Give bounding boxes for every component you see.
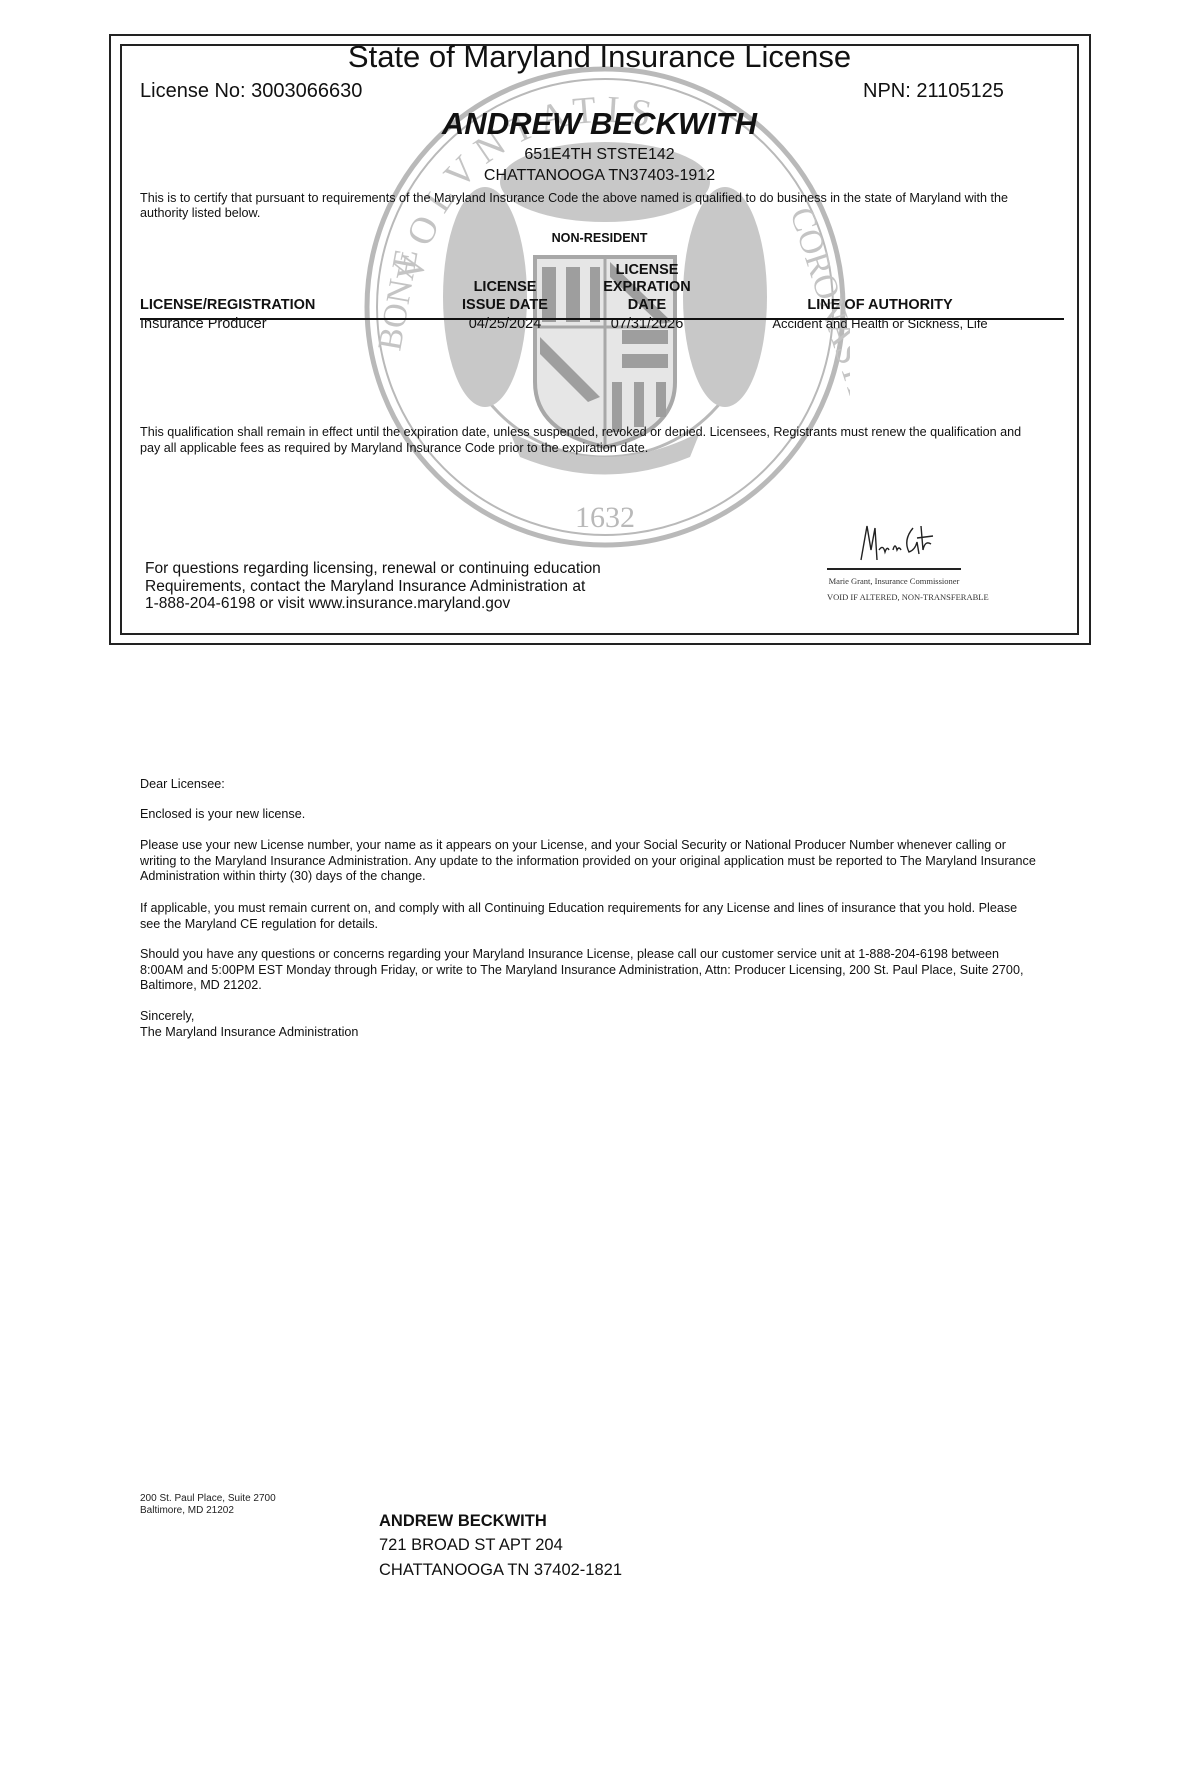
license-title: State of Maryland Insurance License [120, 38, 1079, 76]
letter-paragraph: Should you have any questions or concern… [140, 947, 1040, 994]
cell-expiration-date: 07/31/2026 [582, 316, 712, 332]
return-address-line2: Baltimore, MD 21202 [140, 1505, 234, 1517]
letter-paragraph: Enclosed is your new license. [140, 807, 1040, 823]
header-license-registration: LICENSE/REGISTRATION [140, 297, 315, 315]
header-line-of-authority: LINE OF AUTHORITY [780, 297, 980, 315]
letter-closing: Sincerely, [140, 1009, 1040, 1025]
void-notice: VOID IF ALTERED, NON-TRANSFERABLE [827, 592, 961, 602]
letter-salutation: Dear Licensee: [140, 777, 1040, 793]
contact-info: For questions regarding licensing, renew… [145, 560, 601, 613]
return-address-line1: 200 St. Paul Place, Suite 2700 [140, 1493, 276, 1505]
licensee-name: ANDREW BECKWITH [120, 106, 1079, 142]
recipient-name: ANDREW BECKWITH [379, 1509, 547, 1533]
certification-statement: This is to certify that pursuant to requ… [140, 191, 1040, 221]
residency-status: NON-RESIDENT [120, 231, 1079, 245]
header-issue-date-line1: LICENSE [445, 279, 565, 297]
cell-line-of-authority: Accident and Health or Sickness, Life [740, 316, 1020, 332]
header-expiration-line2: EXPIRATION [582, 279, 712, 297]
licensee-address-line1: 651E4TH STSTE142 [120, 145, 1079, 165]
letter-sender: The Maryland Insurance Administration [140, 1025, 1040, 1041]
recipient-address-line2: CHATTANOOGA TN 37402-1821 [379, 1558, 622, 1582]
letter-paragraph: If applicable, you must remain current o… [140, 901, 1040, 932]
qualification-statement: This qualification shall remain in effec… [140, 425, 1040, 456]
signer-title: Marie Grant, Insurance Commissioner [827, 576, 961, 586]
license-number: License No: 3003066630 [140, 79, 362, 103]
svg-text:1632: 1632 [575, 501, 635, 534]
cell-license-registration: Insurance Producer [140, 316, 267, 332]
cell-issue-date: 04/25/2024 [445, 316, 565, 332]
recipient-address-line1: 721 BROAD ST APT 204 [379, 1533, 563, 1557]
letter-paragraph: Please use your new License number, your… [140, 838, 1040, 885]
npn-number: NPN: 21105125 [863, 79, 1004, 103]
signature-line [827, 568, 961, 570]
commissioner-signature-icon [855, 520, 935, 568]
header-expiration-line1: LICENSE [582, 262, 712, 280]
header-issue-date-line2: ISSUE DATE [445, 297, 565, 315]
svg-text:BONÆ: BONÆ [371, 246, 425, 353]
header-expiration-line3: DATE [582, 297, 712, 315]
licensee-address-line2: CHATTANOOGA TN37403-1912 [120, 166, 1079, 186]
